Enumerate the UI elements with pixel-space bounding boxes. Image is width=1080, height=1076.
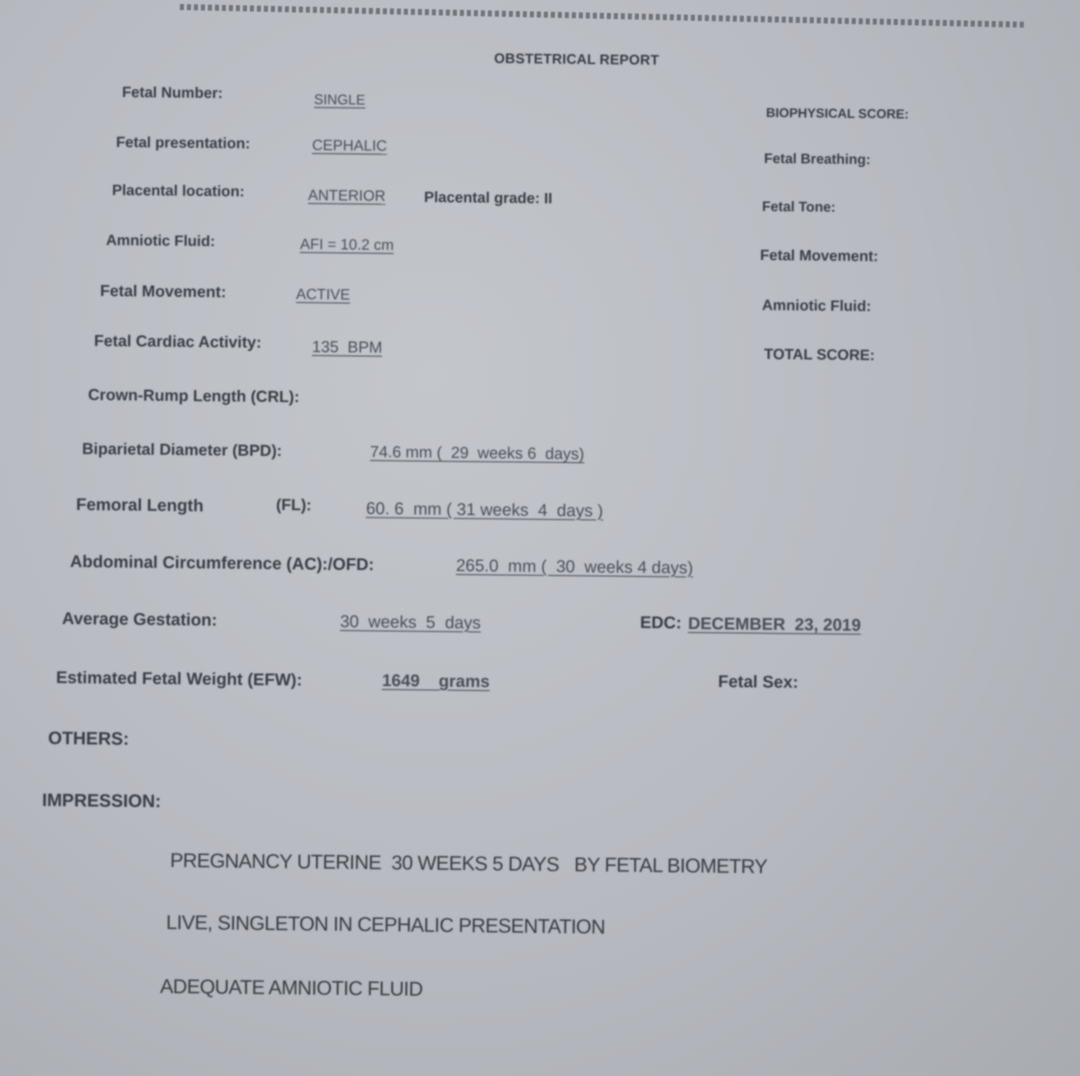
edc-label: EDC: bbox=[640, 613, 682, 633]
edc-value: DECEMBER 23, 2019 bbox=[688, 614, 861, 636]
ac-value: 265.0 mm ( 30 weeks 4 days) bbox=[456, 556, 693, 578]
fetal-sex-label: Fetal Sex: bbox=[718, 672, 799, 693]
amniotic-fluid-value: AFI = 10.2 cm bbox=[300, 236, 394, 254]
fetal-presentation-value: CEPHALIC bbox=[312, 137, 387, 155]
fetal-cardiac-activity-value: 135 BPM bbox=[312, 339, 382, 358]
average-gestation-value: 30 weeks 5 days bbox=[340, 612, 481, 633]
fetal-number-label: Fetal Number: bbox=[122, 84, 223, 102]
biophysical-fetal-breathing: Fetal Breathing: bbox=[764, 150, 871, 167]
fl-value: 60. 6 mm ( 31 weeks 4 days ) bbox=[366, 499, 603, 521]
fetal-movement-value: ACTIVE bbox=[296, 286, 350, 304]
average-gestation-label: Average Gestation: bbox=[62, 609, 217, 631]
impression-line-2: LIVE, SINGLETON IN CEPHALIC PRESENTATION bbox=[166, 912, 605, 940]
fl-abbr: (FL): bbox=[276, 497, 312, 515]
impression-line-1: PREGNANCY UTERINE 30 WEEKS 5 DAYS BY FET… bbox=[170, 850, 767, 879]
obstetrical-report: OBSTETRICAL REPORT Fetal Number: SINGLE … bbox=[0, 0, 1080, 1076]
paper-sheet: OBSTETRICAL REPORT Fetal Number: SINGLE … bbox=[0, 0, 1080, 1076]
report-title: OBSTETRICAL REPORT bbox=[494, 50, 659, 68]
impression-line-3: ADEQUATE AMNIOTIC FLUID bbox=[160, 976, 423, 1002]
biophysical-amniotic-fluid: Amniotic Fluid: bbox=[762, 297, 871, 315]
efw-value: 1649 grams bbox=[382, 671, 490, 692]
others-heading: OTHERS: bbox=[48, 728, 129, 750]
placental-location-value: ANTERIOR bbox=[308, 187, 386, 205]
fl-label: Femoral Length bbox=[76, 495, 204, 516]
bpd-label: Biparietal Diameter (BPD): bbox=[82, 441, 282, 461]
biophysical-fetal-tone: Fetal Tone: bbox=[762, 198, 836, 215]
impression-heading: IMPRESSION: bbox=[42, 790, 161, 812]
bpd-value: 74.6 mm ( 29 weeks 6 days) bbox=[370, 444, 584, 464]
fetal-movement-label: Fetal Movement: bbox=[100, 283, 226, 302]
placental-grade-label: Placental grade: II bbox=[424, 189, 553, 207]
fetal-number-value: SINGLE bbox=[314, 91, 366, 108]
fetal-presentation-label: Fetal presentation: bbox=[116, 134, 250, 152]
crl-label: Crown-Rump Length (CRL): bbox=[88, 387, 300, 407]
fetal-cardiac-activity-label: Fetal Cardiac Activity: bbox=[94, 333, 262, 353]
placental-location-label: Placental location: bbox=[112, 182, 245, 200]
biophysical-fetal-movement: Fetal Movement: bbox=[760, 247, 879, 265]
amniotic-fluid-label: Amniotic Fluid: bbox=[106, 232, 215, 250]
biophysical-total-score: TOTAL SCORE: bbox=[764, 346, 875, 364]
efw-label: Estimated Fetal Weight (EFW): bbox=[56, 668, 302, 691]
ac-label: Abdominal Circumference (AC):/OFD: bbox=[70, 552, 374, 575]
biophysical-score-heading: BIOPHYSICAL SCORE: bbox=[766, 105, 909, 121]
